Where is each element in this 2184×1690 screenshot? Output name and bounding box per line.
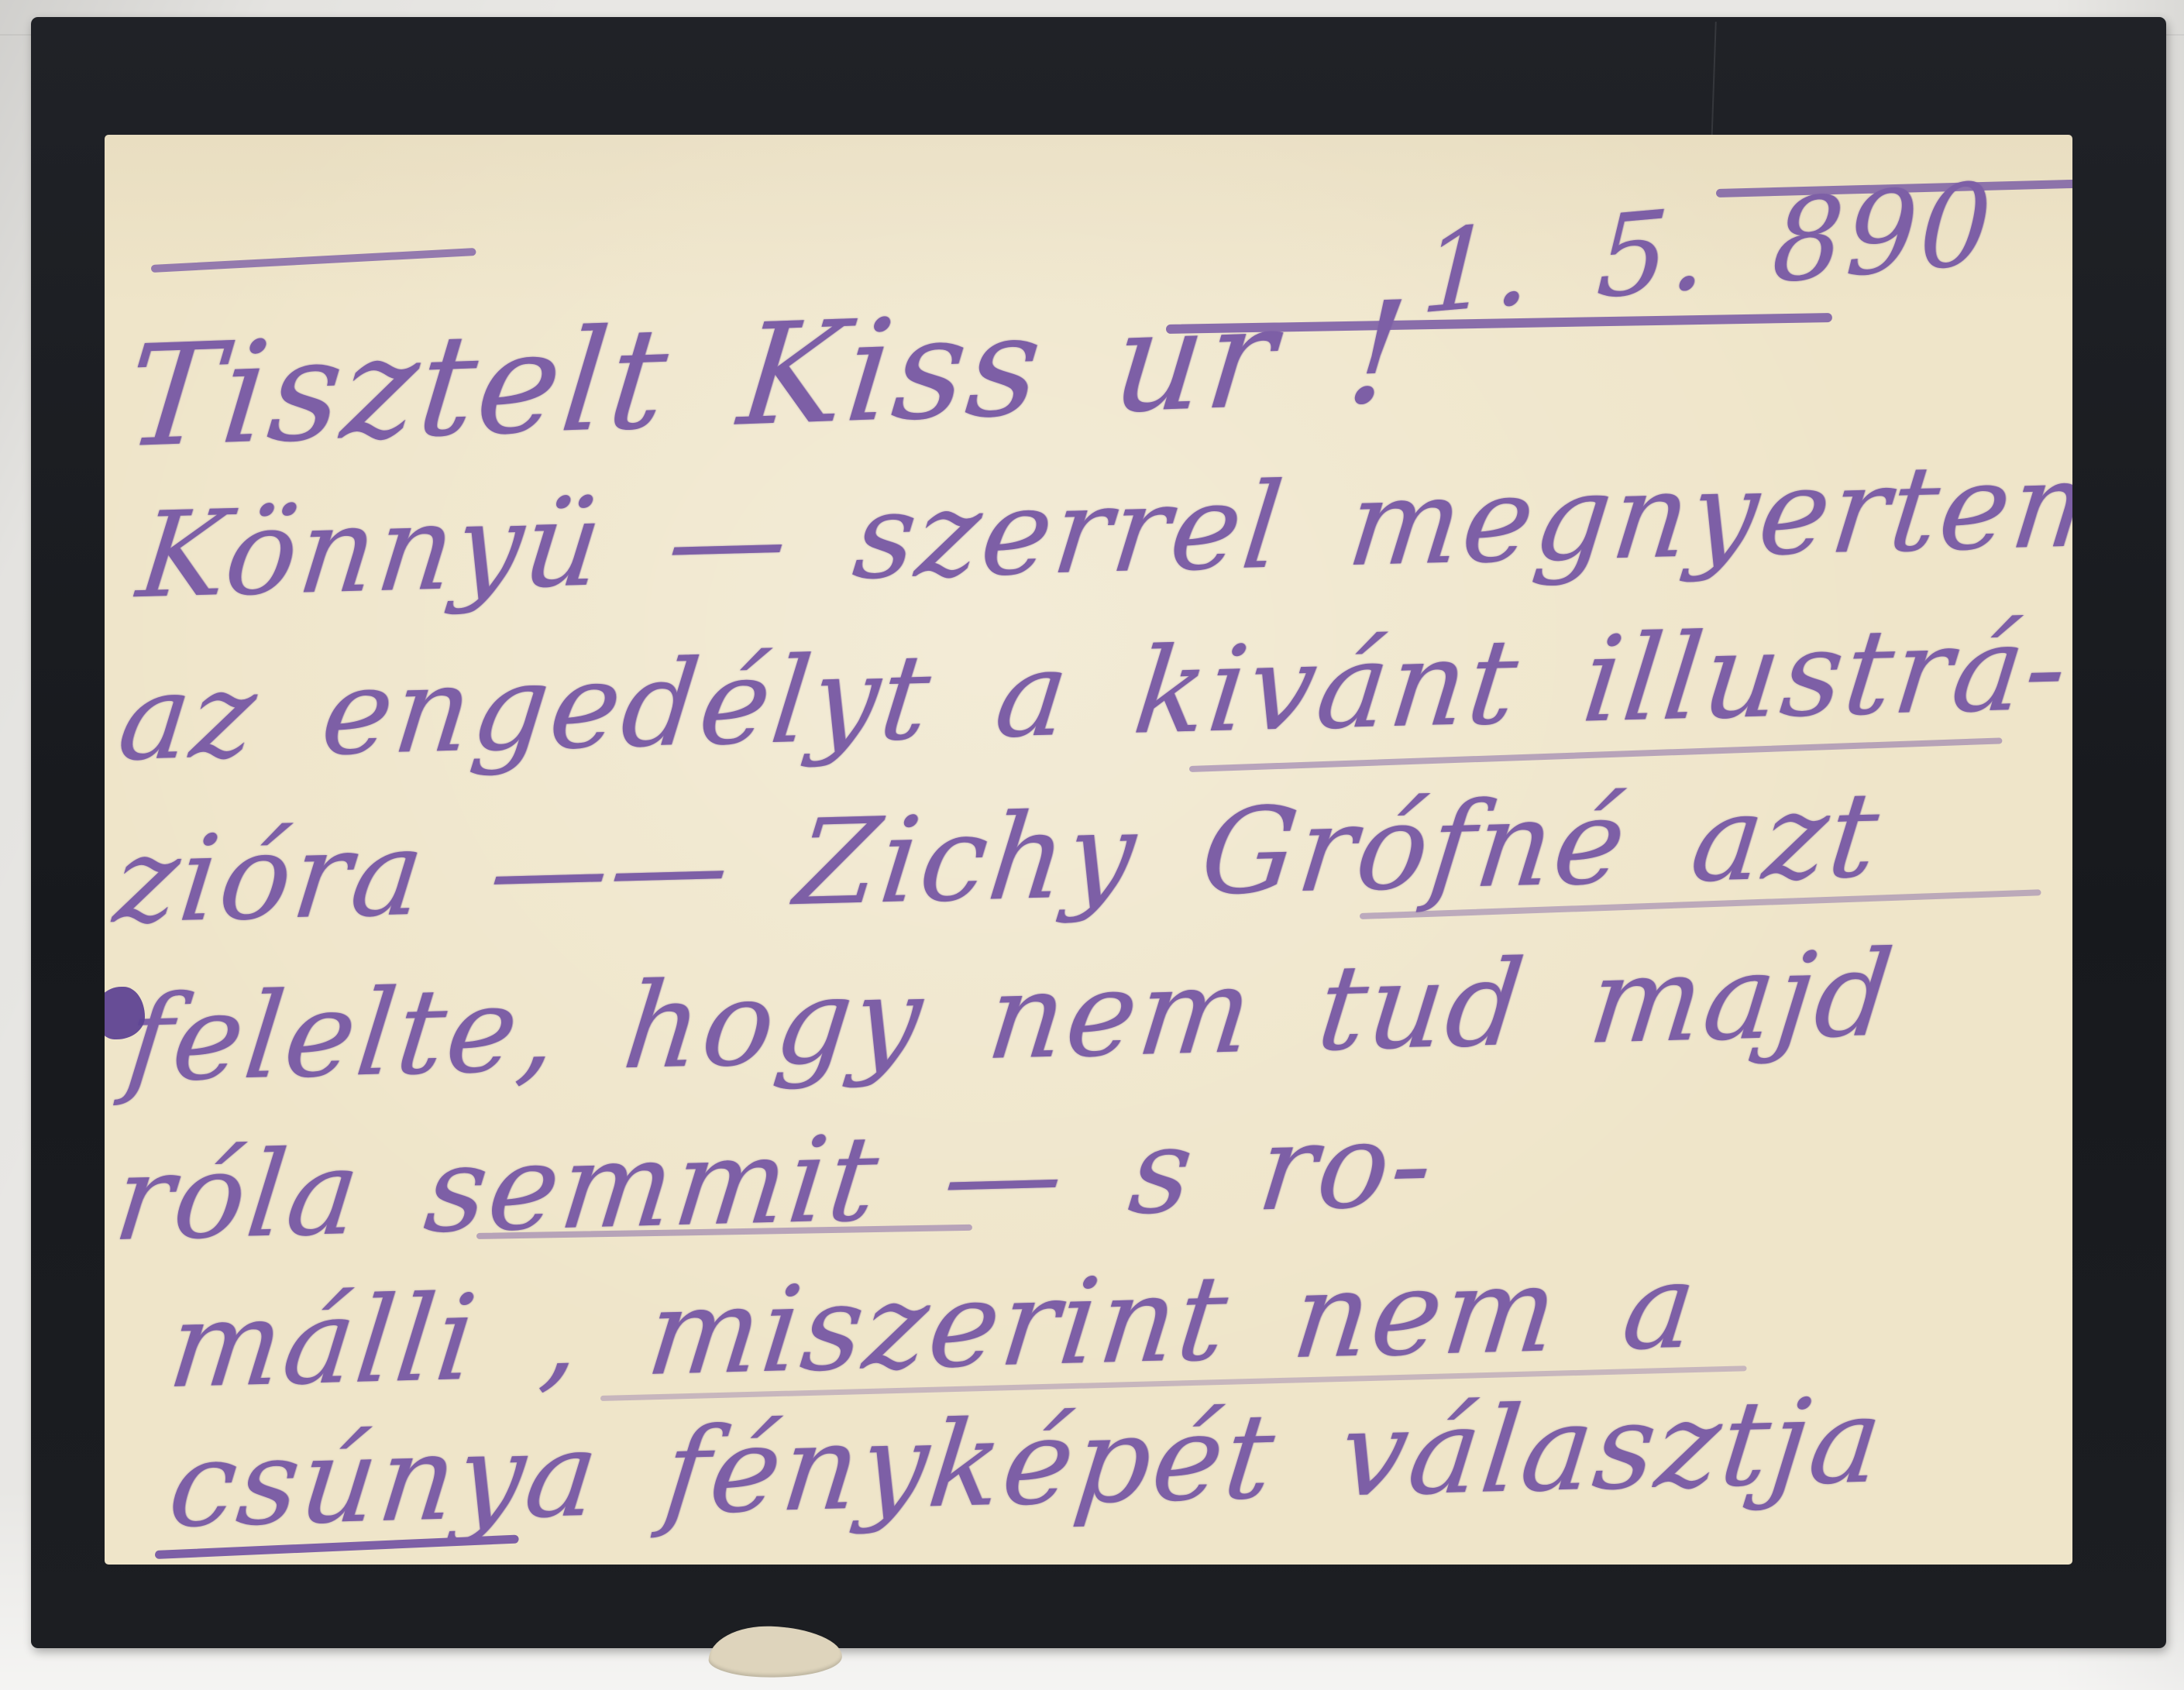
salutation-crossbar-flourish — [151, 248, 476, 273]
handwriting-line: zióra —— Zichy Grófné azt — [108, 766, 1887, 950]
black-card-mount: 1. 5. 890 Tisztelt Kiss ur ! Könnyü — sz… — [31, 17, 2166, 1648]
salutation: Tisztelt Kiss ur ! — [119, 272, 1415, 479]
handwriting-line: róla semmit — s ro- — [108, 1095, 1442, 1267]
handwriting-line: felelte, hogy nem tud majd — [120, 925, 1901, 1108]
handwriting-line: az engedélyt a kivánt illustrá- — [112, 599, 2072, 787]
letter-paper: 1. 5. 890 Tisztelt Kiss ur ! Könnyü — sz… — [105, 135, 2072, 1565]
scanned-letter-scene: 1. 5. 890 Tisztelt Kiss ur ! Könnyü — sz… — [0, 0, 2184, 1690]
